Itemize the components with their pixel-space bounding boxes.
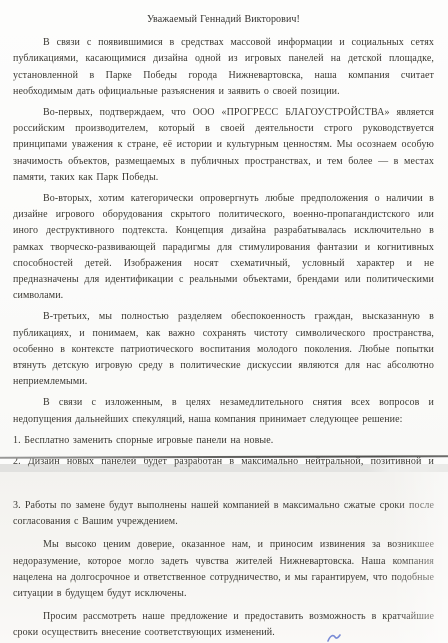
salutation: Уважаемый Геннадий Викторович! xyxy=(13,12,434,28)
paragraph-decision-lead: В связи с изложенным, в целях незамедлит… xyxy=(13,395,434,427)
paragraph-apology: Мы высоко ценим доверие, оказанное нам, … xyxy=(13,537,434,602)
letter-page1-section: Уважаемый Геннадий Викторович! В связи с… xyxy=(0,0,448,456)
signature-ink-icon xyxy=(326,630,344,643)
decision-item-1: 1. Бесплатно заменить спорные игровые па… xyxy=(13,433,434,449)
paragraph-secondly: Во-вторых, хотим категорически опровергн… xyxy=(13,191,434,304)
paragraph-thirdly: В-третьих, мы полностью разделяем обеспо… xyxy=(13,309,434,390)
paragraph-request: Просим рассмотреть наше предложение и пр… xyxy=(13,609,434,641)
signature-ink-fragment xyxy=(326,630,344,643)
paragraph-intro: В связи с появившимися в средствах массо… xyxy=(13,35,434,100)
letter-photo-page: Уважаемый Геннадий Викторович! В связи с… xyxy=(0,0,448,643)
paragraph-firstly: Во-первых, подтверждаем, что ООО «ПРОГРЕ… xyxy=(13,105,434,186)
decision-item-3: 3. Работы по замене будут выполнены наше… xyxy=(13,498,434,530)
letter-page2-section: 3. Работы по замене будут выполнены наше… xyxy=(0,472,448,643)
